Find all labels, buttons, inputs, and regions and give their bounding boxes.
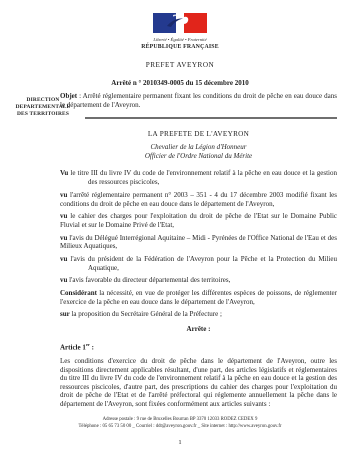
recital-text: le cahier des charges pour l'exploitatio… <box>60 212 337 229</box>
recital-text: le titre III du livre IV du code de l'en… <box>68 169 337 186</box>
horizontal-divider <box>85 117 337 119</box>
recital-vu-1: Vu le titre III du livre IV du code de l… <box>60 169 337 187</box>
recital-text: l'avis du président de la Fédération de … <box>67 255 337 272</box>
recital-text: l'avis favorable du directeur départemen… <box>67 276 230 284</box>
prefete-title: LA PREFETE DE L'AVEYRON <box>60 130 337 139</box>
recital-text: la proposition du Secrétaire Général de … <box>70 310 222 318</box>
republique-logo-block: Liberté • Égalité • Fraternité RÉPUBLIQU… <box>0 0 360 51</box>
arrete-heading: Arrête : <box>60 325 337 334</box>
arrete-number-line: Arrêté n ° 2010349-0005 du 15 décembre 2… <box>0 79 360 88</box>
honors-block: Chevalier de la Légion d'Honneur Officie… <box>60 143 337 161</box>
honor-merite: Officier de l'Ordre National du Mérite <box>60 152 337 161</box>
recital-vu-2: vu l'arrêté réglementaire permanent n° 2… <box>60 191 337 209</box>
recital-sur-proposition: sur la proposition du Secrétaire Général… <box>60 310 337 319</box>
recital-vu-6: vu l'avis favorable du directeur départe… <box>60 276 337 285</box>
prefet-title: PREFET AVEYRON <box>0 61 360 70</box>
sidebar-line-3: DES TERRITOIRES <box>0 111 86 118</box>
footer-contact: Téléphone : 05 65 73 50 00 _ Courriel : … <box>0 423 360 430</box>
objet-text: : Arrêté réglementaire permanent fixant … <box>60 92 337 109</box>
article-1-heading: Article 1er : <box>60 341 337 352</box>
article-colon: : <box>90 343 94 351</box>
document-body: Objet : Arrêté réglementaire permanent f… <box>60 92 337 408</box>
footer-address: Adresse postale : 9 rue de Bruxelles Bou… <box>0 416 360 423</box>
direction-departementale-sidebar: DIRECTION DEPARTEMENTALE DES TERRITOIRES <box>0 97 86 118</box>
recital-text: l'avis du Délégué Interrégional Aquitain… <box>60 234 337 251</box>
article-label: Article 1 <box>60 343 86 351</box>
recital-vu-3: vu le cahier des charges pour l'exploita… <box>60 212 337 230</box>
sidebar-line-2: DEPARTEMENTALE <box>0 104 86 111</box>
logo-republique-francaise: RÉPUBLIQUE FRANÇAISE <box>0 44 360 51</box>
objet-line: Objet : Arrêté réglementaire permanent f… <box>60 92 337 110</box>
recital-vu-5: vu l'avis du président de la Fédération … <box>60 255 337 273</box>
french-flag-marianne-icon <box>153 13 207 33</box>
honor-legion: Chevalier de la Légion d'Honneur <box>60 143 337 152</box>
recital-text: la nécessité, en vue de protéger les dif… <box>60 289 337 306</box>
sidebar-line-1: DIRECTION <box>0 97 86 104</box>
recitals-section: Vu le titre III du livre IV du code de l… <box>60 169 337 319</box>
recital-text: l'arrêté réglementaire permanent n° 2003… <box>60 191 337 208</box>
recital-lead: sur <box>60 310 70 318</box>
logo-motto: Liberté • Égalité • Fraternité <box>0 37 360 43</box>
recital-lead: Considérant <box>60 289 97 297</box>
page-footer: Adresse postale : 9 rue de Bruxelles Bou… <box>0 416 360 430</box>
document-page: Liberté • Égalité • Fraternité RÉPUBLIQU… <box>0 0 360 466</box>
recital-considerant: Considérant la nécessité, en vue de prot… <box>60 289 337 307</box>
recital-vu-4: vu l'avis du Délégué Interrégional Aquit… <box>60 234 337 252</box>
page-number: 1 <box>0 439 360 448</box>
article-1-body: Les conditions d'exercice du droit de pê… <box>60 357 337 409</box>
